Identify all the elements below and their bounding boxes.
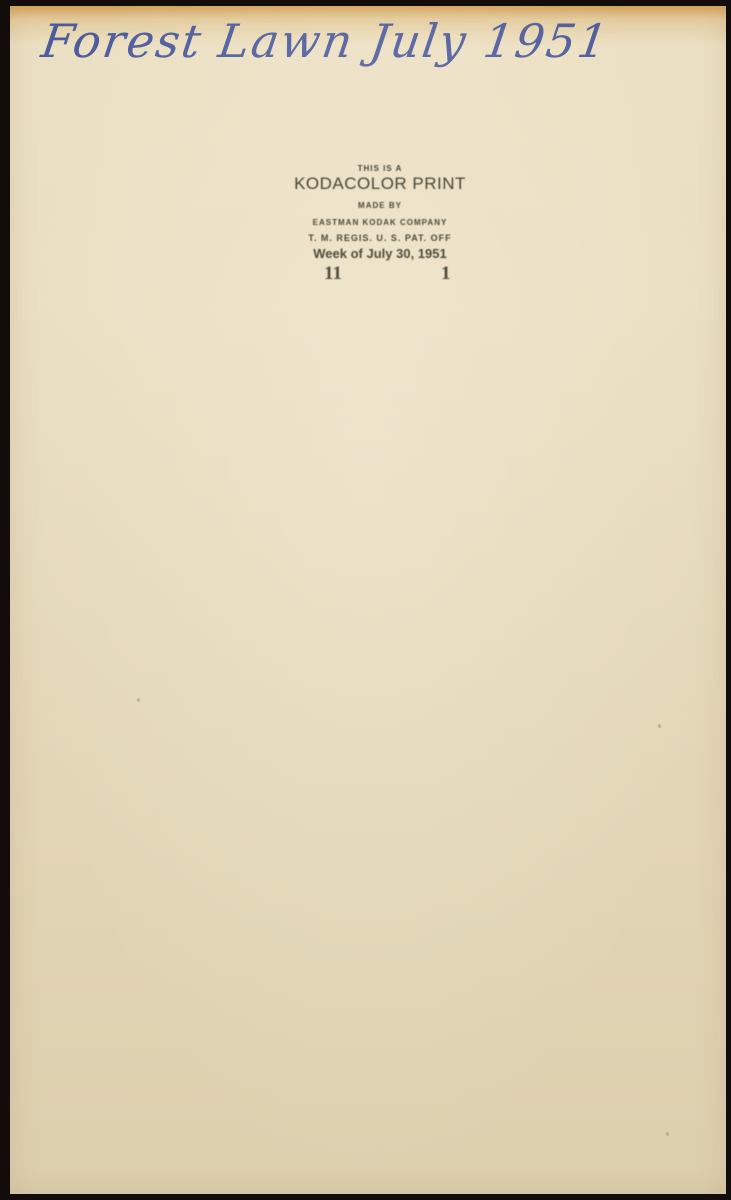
stamp-line-3: MADE BY <box>240 201 520 210</box>
stamp-date-line: Week of July 30, 1951 <box>240 246 520 261</box>
stamp-line-1: THIS IS A <box>240 164 520 173</box>
paper-speck <box>658 724 661 728</box>
photo-back-card: Forest Lawn July 1951 THIS IS A KODACOLO… <box>10 6 726 1194</box>
paper-speck <box>666 1132 669 1136</box>
paper-speck <box>137 698 140 702</box>
scan-background: Forest Lawn July 1951 THIS IS A KODACOLO… <box>0 0 731 1200</box>
stamp-number-right: 1 <box>441 263 451 285</box>
kodacolor-stamp: THIS IS A KODACOLOR PRINT MADE BY EASTMA… <box>240 164 520 287</box>
stamp-numbers: 11 1 <box>240 263 520 287</box>
stamp-line-5: T. M. REGIS. U. S. PAT. OFF <box>240 233 520 243</box>
stamp-number-left: 11 <box>324 263 342 285</box>
handwritten-caption: Forest Lawn July 1951 <box>38 14 706 68</box>
stamp-line-2: KODACOLOR PRINT <box>240 174 520 194</box>
stamp-line-4: EASTMAN KODAK COMPANY <box>240 218 520 227</box>
